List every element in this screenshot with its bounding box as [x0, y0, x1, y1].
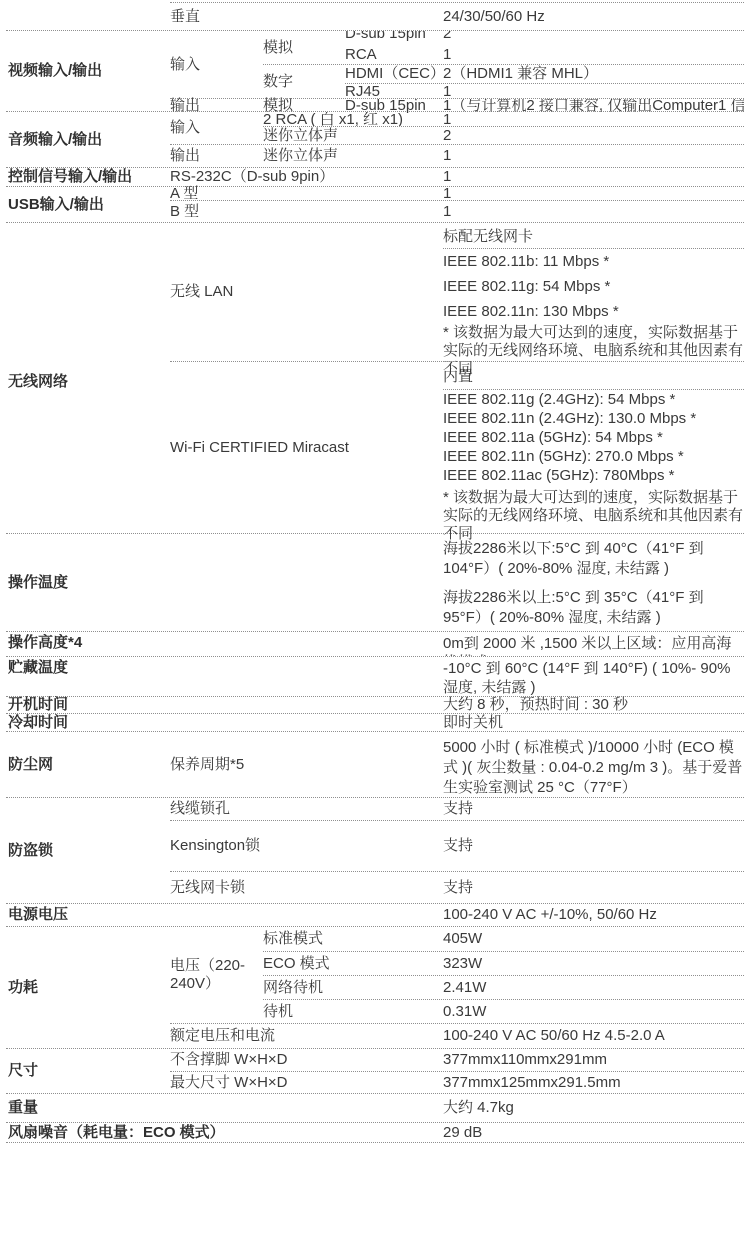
- section-wireless: 无线网络 无线 LAN 标配无线网卡 IEEE 802.11b: 11 Mbps…: [6, 222, 744, 533]
- spec-value: IEEE 802.11b: 11 Mbps *: [443, 249, 744, 274]
- table-row: 最大尺寸 W×H×D 377mmx125mmx291.5mm: [170, 1071, 744, 1093]
- wireless-miracast-values: 内置 IEEE 802.11g (2.4GHz): 54 Mbps * IEEE…: [443, 362, 744, 533]
- section-storage-temp: 贮藏温度 -10°C 到 60°C (14°F 到 140°F) ( 10%- …: [6, 656, 744, 696]
- spec-value: IEEE 802.11n: 130 Mbps *: [443, 299, 744, 324]
- usb-body: A 型 1 B 型 1: [170, 187, 744, 222]
- video-body: 输入 模拟 D-sub 15pin 2 RCA 1: [170, 31, 744, 111]
- spec-value: 5000 小时 ( 标准模式 )/10000 小时 (ECO 模式 )( 灰尘数…: [443, 732, 744, 797]
- spec-value: 1: [443, 201, 744, 222]
- video-digital-rows: HDMI（CEC） 2（HDMI1 兼容 MHL） RJ45 1: [345, 65, 744, 98]
- spec-value: 海拔2286米以上:5°C 到 35°C（41°F 到 95°F）( 20%-8…: [443, 588, 744, 628]
- section-label: 贮藏温度: [6, 657, 170, 696]
- wireless-body: 无线 LAN 标配无线网卡 IEEE 802.11b: 11 Mbps * IE…: [170, 223, 744, 533]
- consumption-rated-row: 额定电压和电流 100-240 V AC 50/60 Hz 4.5-2.0 A: [170, 1023, 744, 1048]
- wireless-lan-block: 无线 LAN 标配无线网卡 IEEE 802.11b: 11 Mbps * IE…: [170, 223, 744, 361]
- column-spacer: [170, 697, 443, 713]
- row-label: 垂直: [170, 3, 443, 30]
- table-row: 网络待机 2.41W: [263, 975, 744, 999]
- table-row: RCA 1: [345, 45, 744, 64]
- table-row: ECO 模式 323W: [263, 951, 744, 975]
- spec-value: 支持: [443, 821, 744, 872]
- section-label: 操作温度: [6, 534, 170, 631]
- column-spacer: [170, 657, 443, 696]
- spec-value: 1: [443, 187, 744, 200]
- footnote: * 该数据为最大可达到的速度，实际数据基于实际的无线网络环境、电脑系统和其他因素…: [443, 485, 744, 525]
- spec-value: 1: [443, 168, 744, 186]
- section-fan-noise: 风扇噪音（耗电量：ECO 模式） 29 dB: [6, 1122, 744, 1143]
- section-label: USB输入/输出: [6, 187, 170, 222]
- mode-name: 网络待机: [263, 976, 443, 999]
- table-row: 待机 0.31W: [263, 999, 744, 1023]
- row-label: 输入: [170, 112, 263, 144]
- section-label: 视频输入/输出: [6, 31, 170, 111]
- port-type: A 型: [170, 187, 443, 200]
- frequency-row: 垂直 24/30/50/60 Hz: [170, 2, 744, 30]
- section-label: 音频输入/输出: [6, 112, 170, 167]
- video-input-group: 输入 模拟 D-sub 15pin 2 RCA 1: [170, 31, 744, 98]
- audio-body: 输入 2 RCA ( 白 x1, 红 x1) 1 迷你立体声 2 输出 迷你立体…: [170, 112, 744, 167]
- table-row: 标准模式 405W: [263, 927, 744, 951]
- table-row: 2 RCA ( 白 x1, 红 x1) 1: [263, 112, 744, 126]
- spec-value: 377mmx110mmx291mm: [443, 1049, 744, 1071]
- spec-value: 100-240 V AC +/-10%, 50/60 Hz: [443, 904, 744, 926]
- row-label: 输出: [170, 145, 263, 167]
- lock-name: Kensington锁: [170, 821, 443, 872]
- section-security-locks: 防盗锁 线缆锁孔 支持 Kensington锁 支持 无线网卡锁 支持: [6, 797, 744, 903]
- security-body: 线缆锁孔 支持 Kensington锁 支持 无线网卡锁 支持: [170, 798, 744, 903]
- operating-temp-values: 海拔2286米以下:5°C 到 40°C（41°F 到 104°F）( 20%-…: [443, 534, 744, 631]
- section-startup-time: 开机时间 大约 8 秒，预热时间 : 30 秒: [6, 696, 744, 713]
- spec-value: 1: [443, 84, 744, 98]
- column-spacer: [170, 714, 443, 731]
- section-dimensions: 尺寸 不含撑脚 W×H×D 377mmx110mmx291mm 最大尺寸 W×H…: [6, 1048, 744, 1093]
- spec-value: 支持: [443, 872, 744, 903]
- section-usb-io: USB输入/输出 A 型 1 B 型 1: [6, 186, 744, 222]
- wireless-miracast-block: Wi-Fi CERTIFIED Miracast 内置 IEEE 802.11g…: [170, 361, 744, 533]
- video-output-row: 输出 模拟 D-sub 15pin 1（与计算机2 接口兼容, 仅输出Compu…: [170, 98, 744, 112]
- section-weight: 重量 大约 4.7kg: [6, 1093, 744, 1122]
- column-spacer: [170, 632, 443, 656]
- section-label: 尺寸: [6, 1049, 170, 1093]
- spec-value: 2（HDMI1 兼容 MHL）: [443, 65, 744, 83]
- section-control-io: 控制信号输入/输出 RS-232C（D-sub 9pin） 1: [6, 167, 744, 186]
- spec-value: 405W: [443, 927, 744, 951]
- table-row: 无线网卡锁 支持: [170, 871, 744, 903]
- mode-name: ECO 模式: [263, 952, 443, 975]
- row-label: 输出: [170, 99, 263, 112]
- section-video-io: 视频输入/输出 输入 模拟 D-sub 15pin 2 RCA: [6, 30, 744, 111]
- section-label: 操作高度*4: [6, 632, 170, 656]
- audio-output-row: 输出 迷你立体声 1: [170, 144, 744, 167]
- section-label: 重量: [6, 1094, 170, 1122]
- mode-name: 待机: [263, 1000, 443, 1023]
- spec-value: IEEE 802.11g (2.4GHz): 54 Mbps *: [443, 390, 744, 409]
- section-label-spacer: [6, 2, 170, 30]
- connector-name: RS-232C（D-sub 9pin）: [170, 168, 443, 186]
- section-frequency: 垂直 24/30/50/60 Hz: [6, 2, 744, 30]
- spec-value: IEEE 802.11n (2.4GHz): 130.0 Mbps *: [443, 409, 744, 428]
- table-row: 线缆锁孔 支持: [170, 798, 744, 820]
- section-cooldown-time: 冷却时间 即时关机: [6, 713, 744, 731]
- spec-value: IEEE 802.11a (5GHz): 54 Mbps *: [443, 428, 744, 447]
- section-label: 电源电压: [6, 904, 170, 926]
- port-type: B 型: [170, 201, 443, 222]
- spec-value: 24/30/50/60 Hz: [443, 3, 744, 30]
- spec-value: 标配无线网卡: [443, 223, 744, 249]
- section-label: 冷却时间: [6, 714, 170, 731]
- column-spacer: [170, 904, 443, 926]
- spec-value: 0.31W: [443, 1000, 744, 1023]
- consumption-voltage-group: 电压（220-240V） 标准模式 405W ECO 模式 323W 网络待机 …: [170, 927, 744, 1023]
- dimensions-body: 不含撑脚 W×H×D 377mmx110mmx291mm 最大尺寸 W×H×D …: [170, 1049, 744, 1093]
- connector-name: RCA: [345, 45, 443, 64]
- row-label: 无线 LAN: [170, 223, 443, 361]
- spec-value: 1: [443, 145, 744, 167]
- spec-value: 0m到 2000 米 ,1500 米以上区域：应用高海拔模式: [443, 632, 744, 656]
- spec-value: 2: [443, 127, 744, 144]
- section-label: 风扇噪音（耗电量：ECO 模式）: [6, 1123, 443, 1142]
- spec-value: 2: [443, 31, 744, 45]
- spec-value: 支持: [443, 798, 744, 820]
- section-label: 防盗锁: [6, 798, 170, 903]
- spec-value: IEEE 802.11ac (5GHz): 780Mbps *: [443, 466, 744, 485]
- spec-value: 323W: [443, 952, 744, 975]
- audio-input-rows: 2 RCA ( 白 x1, 红 x1) 1 迷你立体声 2: [263, 112, 744, 144]
- row-label: 电压（220-240V）: [170, 927, 263, 1023]
- signal-type: 模拟: [263, 99, 345, 112]
- row-label: Wi-Fi CERTIFIED Miracast: [170, 362, 443, 533]
- table-row: Kensington锁 支持: [170, 820, 744, 872]
- connector-name: D-sub 15pin: [345, 99, 443, 112]
- connector-name: 迷你立体声: [263, 145, 443, 167]
- consumption-mode-rows: 标准模式 405W ECO 模式 323W 网络待机 2.41W 待机 0.31…: [263, 927, 744, 1023]
- consumption-body: 电压（220-240V） 标准模式 405W ECO 模式 323W 网络待机 …: [170, 927, 744, 1048]
- spec-value: 1（与计算机2 接口兼容, 仅输出Computer1 信: [443, 99, 744, 112]
- spec-sheet: 垂直 24/30/50/60 Hz 视频输入/输出 输入 模拟 D-sub 15…: [0, 0, 750, 1243]
- mode-name: 标准模式: [263, 927, 443, 951]
- table-row: B 型 1: [170, 200, 744, 222]
- spec-value: -10°C 到 60°C (14°F 到 140°F) ( 10%- 90% 湿…: [443, 657, 744, 696]
- row-label: 数字: [263, 65, 345, 98]
- dimension-name: 不含撑脚 W×H×D: [170, 1049, 443, 1071]
- spec-value: IEEE 802.11n (5GHz): 270.0 Mbps *: [443, 447, 744, 466]
- row-label: 保养周期*5: [170, 732, 443, 797]
- table-row: 迷你立体声 2: [263, 126, 744, 144]
- section-label: 开机时间: [6, 697, 170, 713]
- wireless-lan-values: 标配无线网卡 IEEE 802.11b: 11 Mbps * IEEE 802.…: [443, 223, 744, 361]
- spec-value: 大约 4.7kg: [443, 1094, 744, 1122]
- lock-name: 无线网卡锁: [170, 872, 443, 903]
- video-digital-block: 数字 HDMI（CEC） 2（HDMI1 兼容 MHL） RJ45 1: [263, 64, 744, 98]
- spec-value: 1: [443, 112, 744, 126]
- spec-value: IEEE 802.11g: 54 Mbps *: [443, 274, 744, 299]
- video-analog-rows: D-sub 15pin 2 RCA 1: [345, 31, 744, 64]
- column-spacer: [170, 534, 443, 631]
- section-power-voltage: 电源电压 100-240 V AC +/-10%, 50/60 Hz: [6, 903, 744, 926]
- spec-value: 大约 8 秒，预热时间 : 30 秒: [443, 697, 744, 713]
- section-operating-temp: 操作温度 海拔2286米以下:5°C 到 40°C（41°F 到 104°F）(…: [6, 533, 744, 631]
- spec-value: 海拔2286米以下:5°C 到 40°C（41°F 到 104°F）( 20%-…: [443, 534, 744, 579]
- audio-input-group: 输入 2 RCA ( 白 x1, 红 x1) 1 迷你立体声 2: [170, 112, 744, 144]
- column-spacer: [170, 1094, 443, 1122]
- lock-name: 线缆锁孔: [170, 798, 443, 820]
- connector-name: D-sub 15pin: [345, 31, 443, 45]
- spec-value: 100-240 V AC 50/60 Hz 4.5-2.0 A: [443, 1024, 744, 1048]
- spec-value: 377mmx125mmx291.5mm: [443, 1072, 744, 1093]
- spec-value: 1: [443, 45, 744, 64]
- section-label: 功耗: [6, 927, 170, 1048]
- section-label: 控制信号输入/输出: [6, 168, 170, 186]
- table-row-clipped: D-sub 15pin 2: [345, 31, 744, 45]
- table-row: A 型 1: [170, 187, 744, 200]
- section-audio-io: 音频输入/输出 输入 2 RCA ( 白 x1, 红 x1) 1 迷你立体声 2…: [6, 111, 744, 167]
- spec-value: 2.41W: [443, 976, 744, 999]
- table-row: RJ45 1: [345, 83, 744, 98]
- footnote: * 该数据为最大可达到的速度，实际数据基于实际的无线网络环境、电脑系统和其他因素…: [443, 324, 744, 361]
- connector-name: 2 RCA ( 白 x1, 红 x1): [263, 112, 443, 126]
- section-operating-altitude: 操作高度*4 0m到 2000 米 ,1500 米以上区域：应用高海拔模式: [6, 631, 744, 656]
- section-label: 防尘网: [6, 732, 170, 797]
- row-label: 额定电压和电流: [170, 1024, 443, 1048]
- row-label: 输入: [170, 31, 263, 98]
- spec-value: 即时关机: [443, 714, 744, 731]
- connector-name: HDMI（CEC）: [345, 65, 443, 83]
- section-label: 无线网络: [6, 223, 170, 533]
- section-power-consumption: 功耗 电压（220-240V） 标准模式 405W ECO 模式 323W 网络…: [6, 926, 744, 1048]
- video-analog-block: 模拟 D-sub 15pin 2 RCA 1: [263, 31, 744, 64]
- row-label: 模拟: [263, 31, 345, 64]
- video-input-body: 模拟 D-sub 15pin 2 RCA 1: [263, 31, 744, 98]
- dimension-name: 最大尺寸 W×H×D: [170, 1072, 443, 1093]
- connector-name: 迷你立体声: [263, 127, 443, 144]
- table-row: HDMI（CEC） 2（HDMI1 兼容 MHL）: [345, 65, 744, 83]
- table-row: 不含撑脚 W×H×D 377mmx110mmx291mm: [170, 1049, 744, 1071]
- spec-value: 29 dB: [443, 1123, 744, 1142]
- spec-value: 内置: [443, 362, 744, 390]
- connector-name: RJ45: [345, 84, 443, 98]
- section-dust-filter: 防尘网 保养周期*5 5000 小时 ( 标准模式 )/10000 小时 (EC…: [6, 731, 744, 797]
